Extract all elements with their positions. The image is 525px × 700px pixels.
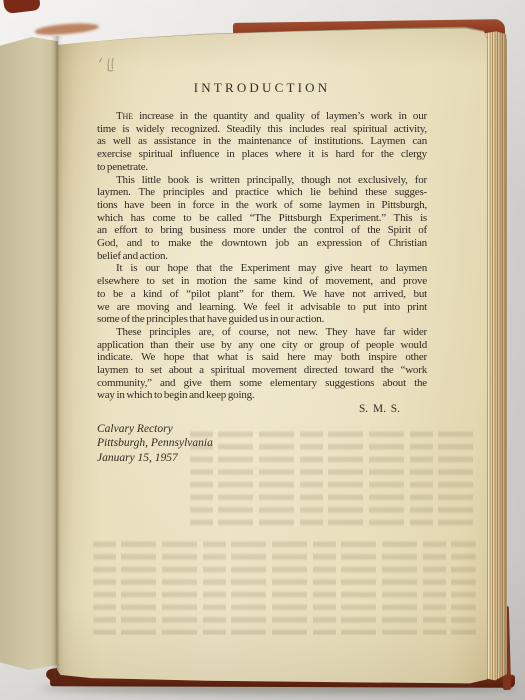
pencil-mark [97, 55, 119, 75]
paragraph: This little book is written principally,… [97, 174, 427, 263]
text-line: some of the principles that have guided … [97, 313, 427, 326]
text-line: These principles are, of course, not new… [97, 326, 427, 339]
book-photo: INTRODUCTION The increase in the quantit… [0, 0, 525, 700]
paragraph: The increase in the quantity and quality… [97, 110, 427, 174]
text-line: tions have been in force in the work of … [97, 199, 427, 212]
text-line: as well as assistance in the maintenance… [97, 135, 427, 148]
paragraphs: The increase in the quantity and quality… [97, 110, 427, 402]
text-line: God, and to make the downtown job an exp… [97, 237, 427, 250]
text-line: to be a kind of “pilot plant” for them. … [97, 288, 427, 301]
signature: S. M. S. [97, 403, 427, 415]
text-line: to penetrate. [97, 161, 427, 174]
text-line: elsewhere to set in motion the same kind… [97, 275, 427, 288]
ghost-text-lower [93, 538, 476, 635]
page-title: INTRODUCTION [97, 80, 427, 96]
text-line: which has come to be called “The Pittsbu… [97, 212, 427, 225]
text-line: time is widely recognized. Steadily this… [97, 123, 427, 136]
text-line: It is our hope that the Experiment may g… [97, 262, 427, 275]
text-line: laymen to set about a spiritual movement… [97, 364, 427, 377]
text-line: exercise spiritual influence in places w… [97, 148, 427, 161]
paragraph: These principles are, of course, not new… [97, 326, 427, 402]
gutter-crease [51, 36, 63, 676]
text-line: application than their use by any one ci… [97, 339, 427, 352]
text-line: The increase in the quantity and quality… [97, 110, 427, 123]
text-line: an effort to bring business more under t… [97, 224, 427, 237]
text-line: This little book is written principally,… [97, 174, 427, 187]
text-line: way in which to begin and keep going. [97, 389, 427, 402]
text-line: community,” and give them some elementar… [97, 377, 427, 390]
text-line: indicate. We hope that what is said here… [97, 351, 427, 364]
facing-page-edge [0, 33, 58, 670]
text-line: belief and action. [97, 250, 427, 263]
text-line: laymen. The principles and practice whic… [97, 186, 427, 199]
ghost-text-upper [190, 428, 477, 531]
paragraph: It is our hope that the Experiment may g… [97, 262, 427, 326]
lead-word: The [116, 110, 133, 122]
book-page: INTRODUCTION The increase in the quantit… [57, 28, 487, 684]
text-line: we are moving and learning. We feel it a… [97, 301, 427, 314]
page-text: INTRODUCTION The increase in the quantit… [97, 80, 427, 465]
